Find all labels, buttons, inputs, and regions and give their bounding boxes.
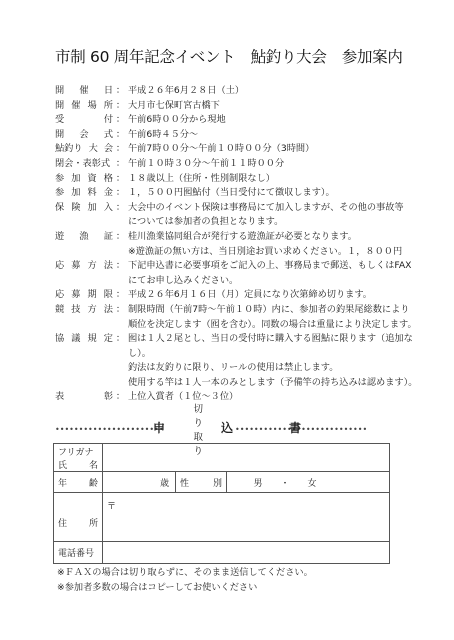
label-char: 別 — [213, 476, 222, 489]
info-row: 開催場所：大月市七保町宮古橋下 — [55, 99, 415, 114]
label-char: 金 — [104, 186, 113, 201]
info-value: 午前１０時３０分～午前１１時００分 — [128, 157, 415, 172]
info-label: 参加料金 — [55, 186, 113, 201]
label-char: 入 — [104, 201, 113, 216]
info-value: 制限時間（午前7時～午前１０時）内に、参加者の釣果尾総数により — [128, 303, 415, 318]
colon: ： — [113, 157, 128, 172]
address-label-cell: 住所 — [54, 493, 103, 542]
info-row: 鮎釣り大会：午前7時００分～午前１０時００分（3時間） — [55, 142, 415, 157]
label-char: 募 — [71, 259, 80, 274]
label-char: 方 — [88, 303, 97, 318]
info-row: 開会式：午前6時４５分～ — [55, 128, 415, 143]
info-label: 協議規定 — [55, 332, 113, 347]
label-char: 開 — [55, 99, 64, 114]
postal-mark: 〒 — [107, 502, 116, 512]
info-value: 囮は１人２尾とし、当日の受付時に購入する囮鮎に限ります（追加な — [128, 332, 415, 347]
info-continuation: ※遊漁証の無い方は、当日別途お買い求めください。１，８００円 — [55, 245, 415, 260]
colon: ： — [113, 128, 128, 143]
label-char: 料 — [88, 186, 97, 201]
gender-label-cell: 性別 — [176, 472, 227, 493]
label-char: 性 — [180, 476, 189, 489]
info-value: 平成２６年6月１６日（月）定員になり次第締め切ります。 — [128, 288, 415, 303]
info-row: 保険加入：大会中のイベント保険は事務局にて加入しますが、その他の事故等 — [55, 201, 415, 216]
form-title: 申込書 — [0, 419, 454, 436]
info-row: 参加料金：１，５００円囮鮎付（当日受付にて徴収します）。 — [55, 186, 415, 201]
label-char: 技 — [71, 303, 80, 318]
label-char: 協 — [55, 332, 64, 347]
info-continuation: 順位を決定します（囮を含む）。同数の場合は重量により決定します。 — [55, 318, 415, 333]
info-value: 午前6時００分から現地 — [128, 113, 415, 128]
label-char: 鮎釣り — [55, 142, 83, 157]
label-char: 資 — [88, 172, 97, 187]
label-char: 齢 — [89, 476, 98, 489]
colon: ： — [113, 186, 128, 201]
age-field[interactable]: 歳 — [103, 472, 176, 493]
info-label: 鮎釣り大会 — [55, 142, 113, 157]
note-fax: ※ＦＡＸの場合は切り取らずに、そのまま送信してください。 — [57, 565, 313, 580]
label-char: 証 — [104, 230, 113, 245]
form-title-char: 込 — [221, 419, 233, 436]
info-value: 午前7時００分～午前１０時００分（3時間） — [128, 142, 415, 157]
label-char: 参 — [55, 172, 64, 187]
gender-field[interactable]: 男 ・ 女 — [227, 472, 390, 493]
address-field[interactable]: 〒 — [103, 493, 390, 542]
info-value: 午前6時４５分～ — [128, 128, 415, 143]
info-row: 応募期限：平成２６年6月１６日（月）定員になり次第締め切ります。 — [55, 288, 415, 303]
label-char: 方 — [88, 259, 97, 274]
info-row: 競技方法：制限時間（午前7時～午前１０時）内に、参加者の釣果尾総数により — [55, 303, 415, 318]
info-value: 下記申込書に必要事項をご記入の上、事務局まで郵送、もしくはFAX — [128, 259, 415, 274]
info-value: 平成２６年6月２８日（土） — [128, 84, 415, 99]
label-char: 大 — [89, 142, 98, 157]
label-char: 法 — [104, 303, 113, 318]
label-char: 規 — [88, 332, 97, 347]
label-char: 定 — [104, 332, 113, 347]
info-row: 応募方法：下記申込書に必要事項をご記入の上、事務局まで郵送、もしくはFAX — [55, 259, 415, 274]
label-char: 催 — [71, 99, 80, 114]
age-label-cell: 年齢 — [54, 472, 103, 493]
colon: ： — [113, 288, 128, 303]
label-char: 場 — [88, 99, 97, 114]
label-char: 加 — [71, 172, 80, 187]
info-label: 参加資格 — [55, 172, 113, 187]
label-char: 募 — [71, 288, 80, 303]
note-copy: ※参加者多数の場合はコピーしてお使いください — [57, 580, 313, 595]
name-field[interactable] — [103, 444, 390, 472]
label-char: 年 — [58, 476, 67, 489]
form-title-char: 申 — [153, 419, 165, 436]
info-row: 受付：午前6時００分から現地 — [55, 113, 415, 128]
info-row: 参加資格：１８歳以上（住所・性別制限なし） — [55, 172, 415, 187]
label-char: 所 — [104, 99, 113, 114]
label-char: 会 — [104, 142, 113, 157]
name-label-cell: フリガナ 氏名 — [54, 444, 103, 472]
colon: ： — [113, 142, 128, 157]
label-char: 付 — [104, 113, 113, 128]
gender-options: 男 ・ 女 — [253, 479, 316, 489]
info-label: 保険加入 — [55, 201, 113, 216]
label-char: 開 — [55, 128, 64, 143]
info-value: 大会中のイベント保険は事務局にて加入しますが、その他の事故等 — [128, 201, 415, 216]
info-row: 遊漁証：桂川漁業協同組合が発行する遊漁証が必要となります。 — [55, 230, 415, 245]
form-title-char: 書 — [289, 419, 301, 436]
label-char: 閉会・表彰式 — [55, 157, 110, 172]
colon: ： — [113, 99, 128, 114]
label-char: 住 — [58, 516, 67, 529]
info-value: 桂川漁業協同組合が発行する遊漁証が必要となります。 — [128, 230, 415, 245]
info-label: 開会式 — [55, 128, 113, 143]
label-char: 保 — [55, 201, 64, 216]
info-continuation: し）。 — [55, 347, 415, 362]
info-label: 開催日 — [55, 84, 113, 99]
age-unit: 歳 — [160, 479, 169, 489]
colon: ： — [113, 259, 128, 274]
info-label: 競技方法 — [55, 303, 113, 318]
phone-label: 電話番号 — [54, 542, 103, 564]
label-char: 日 — [104, 84, 113, 99]
info-value: １，５００円囮鮎付（当日受付にて徴収します）。 — [128, 186, 415, 201]
colon: ： — [113, 332, 128, 347]
label-char: 氏 — [58, 458, 67, 471]
phone-field[interactable] — [103, 542, 390, 564]
info-value: １８歳以上（住所・性別制限なし） — [128, 172, 415, 187]
label-char: 限 — [104, 288, 113, 303]
info-value: 大月市七保町宮古橋下 — [128, 99, 415, 114]
info-label: 開催場所 — [55, 99, 113, 114]
info-label: 遊漁証 — [55, 230, 113, 245]
application-form: フリガナ 氏名 年齢 歳 性別 男 ・ 女 住所 〒 電話番号 — [53, 443, 390, 564]
label-char: 格 — [104, 172, 113, 187]
label-char: 期 — [88, 288, 97, 303]
colon: ： — [113, 201, 128, 216]
label-char: 開 — [55, 84, 64, 99]
label-char: 法 — [104, 259, 113, 274]
colon: ： — [113, 303, 128, 318]
label-char: 参 — [55, 186, 64, 201]
info-label: 受付 — [55, 113, 113, 128]
furigana-label: フリガナ — [58, 445, 98, 458]
colon: ： — [113, 230, 128, 245]
label-char: 加 — [88, 201, 97, 216]
info-list: 開催日：平成２６年6月２８日（土）開催場所：大月市七保町宮古橋下受付：午前6時０… — [55, 84, 415, 405]
colon: ： — [113, 113, 128, 128]
page-title: 市制 60 周年記念イベント 鮎釣り大会 参加案内 — [55, 45, 403, 67]
label-char: 所 — [89, 516, 98, 529]
label-char: 受 — [55, 113, 64, 128]
info-continuation: については参加者の負担となります。 — [55, 215, 415, 230]
info-row: 閉会・表彰式：午前１０時３０分～午前１１時００分 — [55, 157, 415, 172]
colon: ： — [113, 172, 128, 187]
info-label: 応募期限 — [55, 288, 113, 303]
name-row: フリガナ 氏名 — [54, 444, 390, 472]
info-row: 協議規定：囮は１人２尾とし、当日の受付時に購入する囮鮎に限ります（追加な — [55, 332, 415, 347]
info-continuation: 使用する竿は１人一本のみとします（予備竿の持ち込みは認めます）。 — [55, 376, 415, 391]
label-char: 催 — [79, 84, 88, 99]
label-char: 式 — [104, 128, 113, 143]
info-continuation: 釣法は友釣りに限り、リールの使用は禁止します。 — [55, 361, 415, 376]
info-row: 開催日：平成２６年6月２８日（土） — [55, 84, 415, 99]
label-char: 競 — [55, 303, 64, 318]
label-char: 漁 — [79, 230, 88, 245]
age-gender-row: 年齢 歳 性別 男 ・ 女 — [54, 472, 390, 493]
name-label: 氏名 — [58, 458, 98, 471]
info-label: 応募方法 — [55, 259, 113, 274]
label-char: 名 — [89, 458, 98, 471]
label-char: 応 — [55, 288, 64, 303]
colon: ： — [113, 84, 128, 99]
label-char: 遊 — [55, 230, 64, 245]
label-char: 険 — [71, 201, 80, 216]
info-continuation: にてお申し込みください。 — [55, 274, 415, 289]
address-row: 住所 〒 — [54, 493, 390, 542]
phone-row: 電話番号 — [54, 542, 390, 564]
label-char: 議 — [71, 332, 80, 347]
notes: ※ＦＡＸの場合は切り取らずに、そのまま送信してください。 ※参加者多数の場合はコ… — [57, 565, 313, 595]
label-char: 会 — [79, 128, 88, 143]
label-char: 応 — [55, 259, 64, 274]
info-label: 閉会・表彰式 — [55, 157, 113, 172]
label-char: 加 — [71, 186, 80, 201]
